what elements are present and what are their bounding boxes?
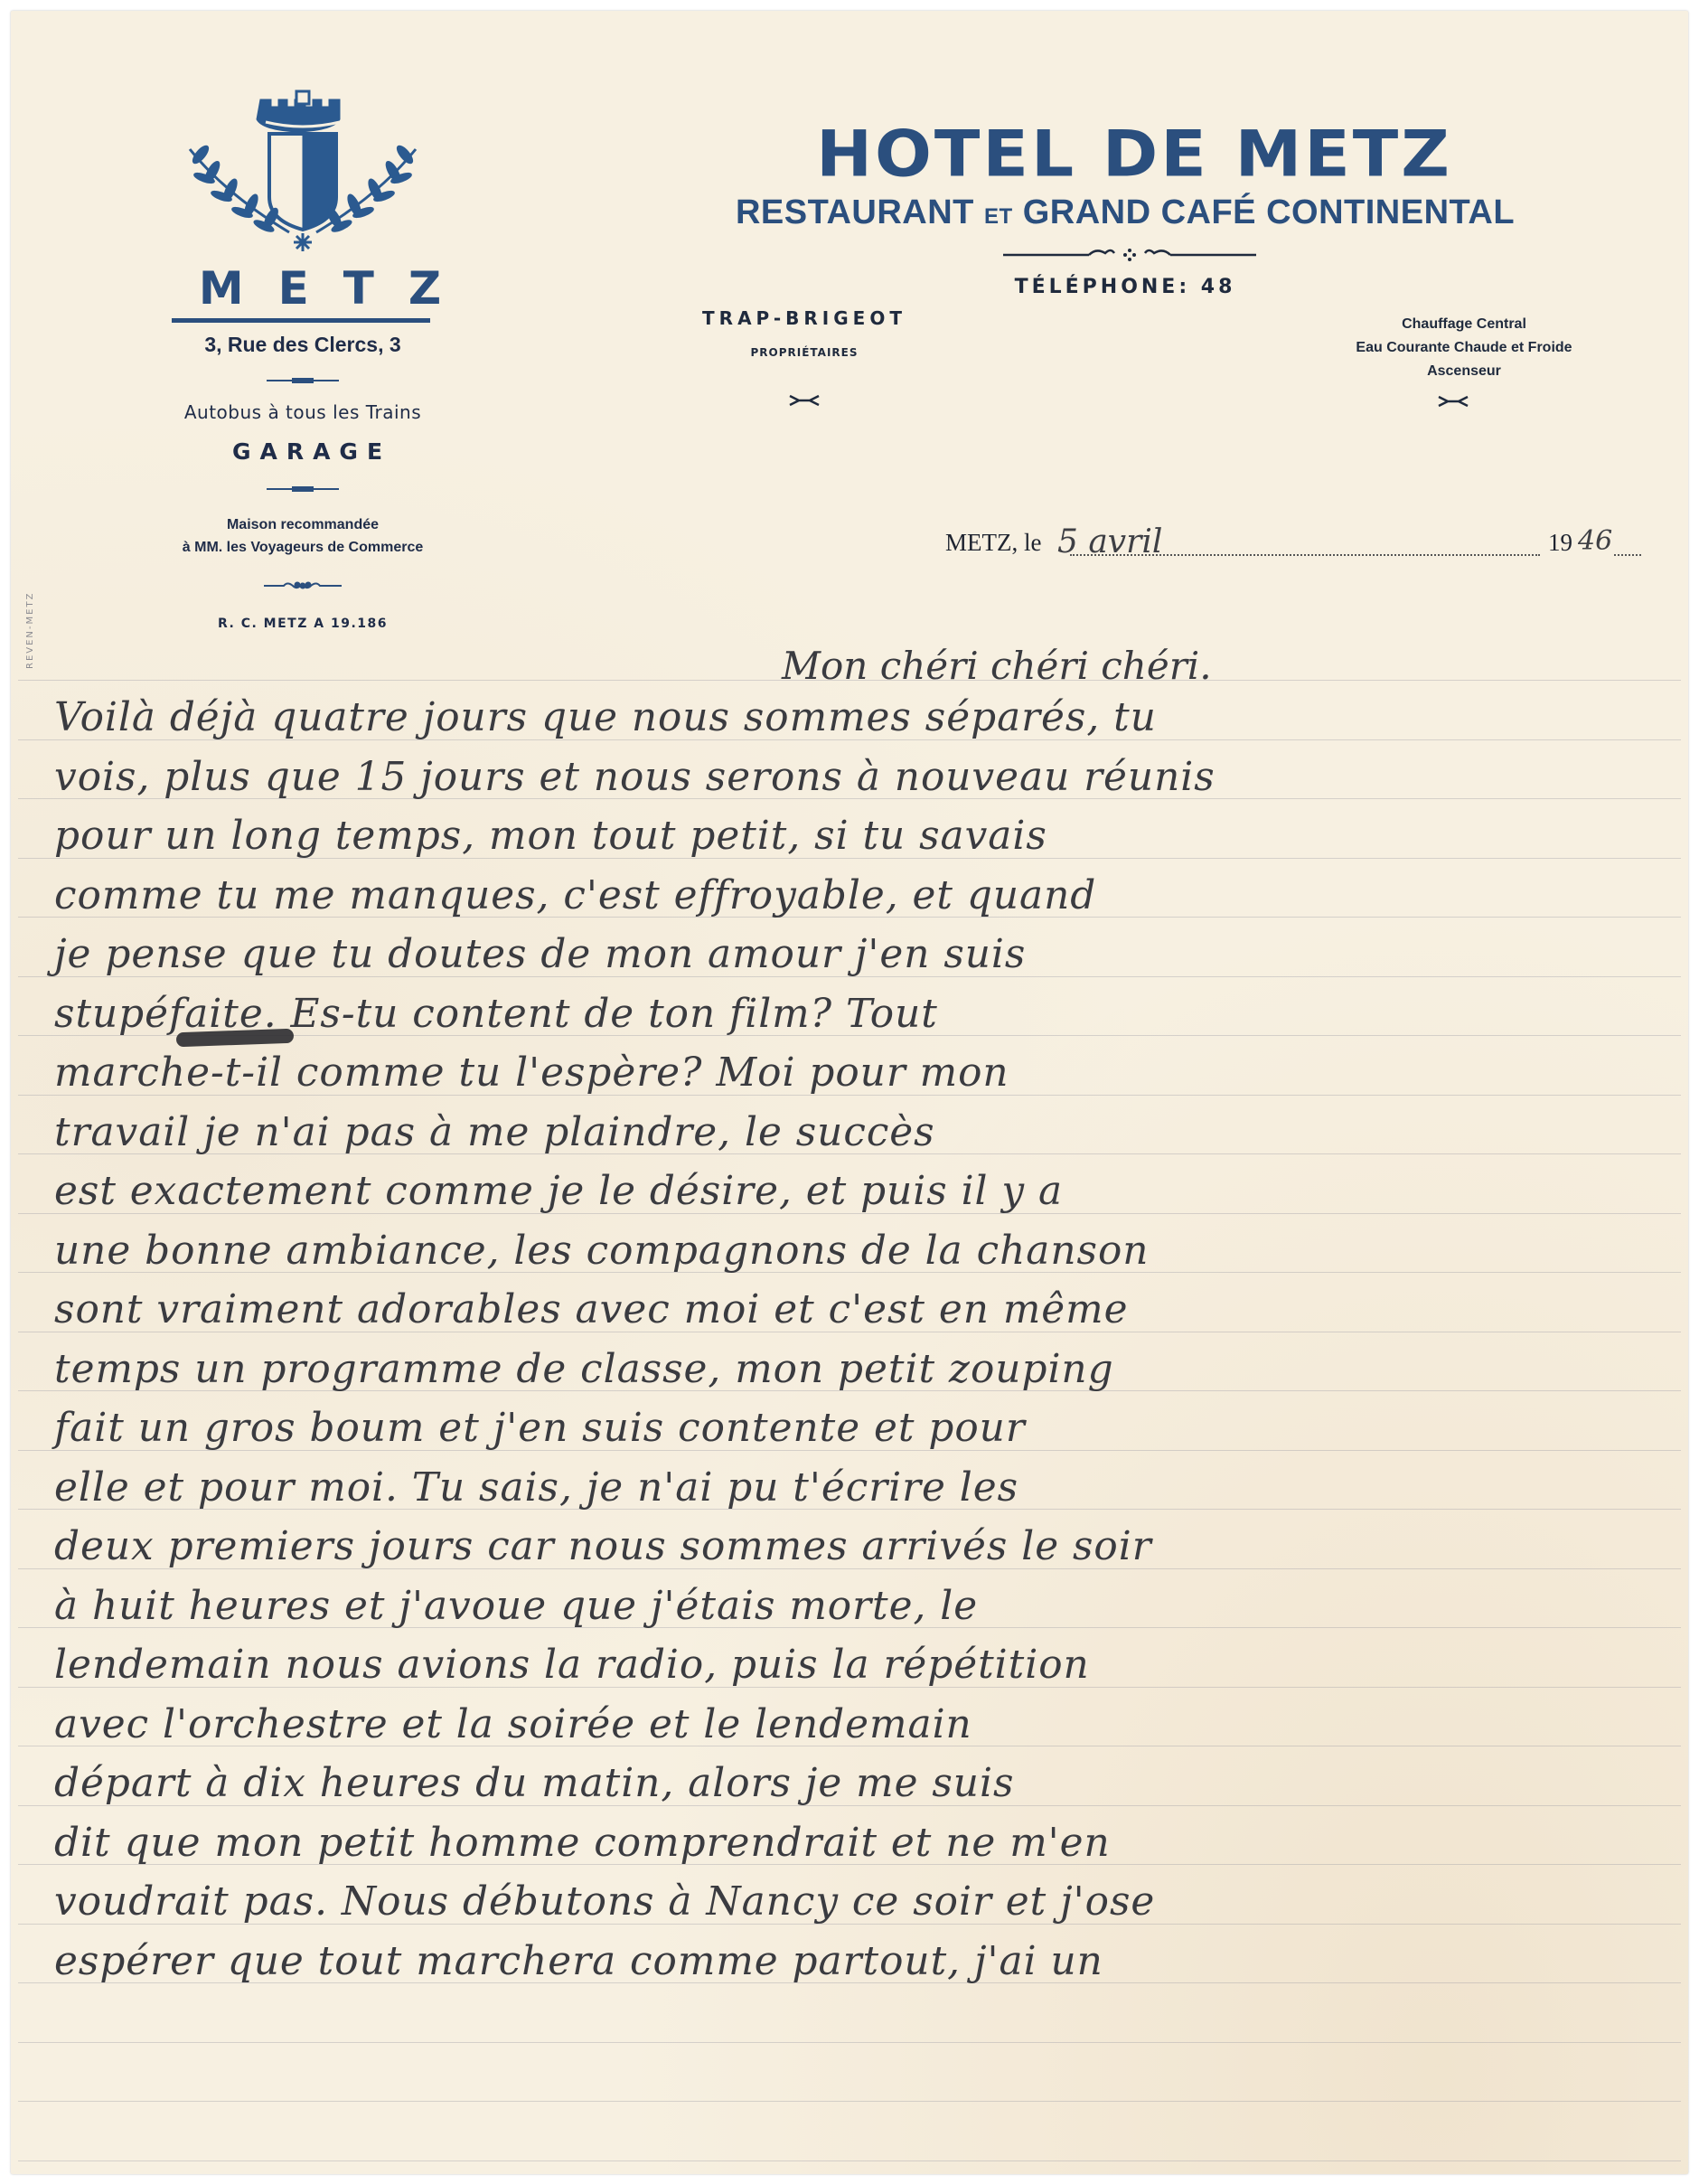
hotel-name: HOTEL DE METZ bbox=[750, 118, 1518, 192]
recommendation-line-1: Maison recommandée bbox=[108, 517, 497, 533]
letter-line: temps un programme de classe, mon petit … bbox=[54, 1350, 1653, 1389]
garage-label: GARAGE bbox=[108, 438, 506, 465]
letter-line: stupéfaite. Es-tu content de ton film? T… bbox=[54, 994, 1653, 1034]
ruled-line bbox=[18, 2042, 1681, 2043]
letter-line: espérer que tout marchera comme partout,… bbox=[54, 1942, 1653, 1982]
letter-line: à huit heures et j'avoue que j'étais mor… bbox=[54, 1586, 1653, 1626]
registry-number: R. C. METZ A 19.186 bbox=[108, 617, 497, 631]
date-year: 46 bbox=[1578, 525, 1612, 557]
letter-line: départ à dix heures du matin, alors je m… bbox=[54, 1764, 1653, 1803]
amenity-elevator: Ascenseur bbox=[1292, 360, 1636, 383]
amenity-heating: Chauffage Central bbox=[1292, 313, 1636, 336]
header-divider-ornament-icon bbox=[1003, 244, 1256, 262]
date-day-month: 5 avril bbox=[1057, 523, 1162, 560]
subtitle-cafe: GRAND CAFÉ CONTINENTAL bbox=[1023, 193, 1515, 231]
hotel-subtitle: RESTAURANT ET GRAND CAFÉ CONTINENTAL bbox=[615, 193, 1636, 232]
subtitle-et: ET bbox=[984, 204, 1013, 229]
subtitle-restaurant: RESTAURANT bbox=[736, 193, 974, 231]
scroll-ornament-icon bbox=[264, 579, 342, 593]
letter-line: voudrait pas. Nous débutons à Nancy ce s… bbox=[54, 1882, 1653, 1922]
letter-line: dit que mon petit homme comprendrait et … bbox=[54, 1823, 1653, 1863]
small-ornament-icon bbox=[1437, 395, 1469, 408]
date-dotted-line-end bbox=[1614, 554, 1641, 556]
letter-line: lendemain nous avions la radio, puis la … bbox=[54, 1645, 1653, 1685]
address: 3, Rue des Clercs, 3 bbox=[108, 333, 497, 357]
date-prefix: METZ, le bbox=[945, 529, 1041, 557]
letter-line: travail je n'ai pas à me plaindre, le su… bbox=[54, 1113, 1653, 1153]
letter-line: Voilà déjà quatre jours que nous sommes … bbox=[54, 698, 1653, 738]
city-heading: METZ bbox=[108, 262, 531, 315]
proprietors-name: TRAP-BRIGEOT bbox=[651, 307, 958, 329]
recommendation-line-2: à MM. les Voyageurs de Commerce bbox=[108, 540, 497, 556]
letter-line: comme tu me manques, c'est effroyable, e… bbox=[54, 876, 1653, 916]
small-ornament-icon bbox=[788, 394, 821, 407]
date-century: 19 bbox=[1548, 529, 1572, 557]
letter-line: une bonne ambiance, les compagnons de la… bbox=[54, 1231, 1653, 1271]
letter-line: elle et pour moi. Tu sais, je n'ai pu t'… bbox=[54, 1468, 1653, 1508]
coat-of-arms-icon bbox=[181, 86, 425, 253]
printer-mark: REVEN-METZ bbox=[25, 592, 35, 669]
autobus-line: Autobus à tous les Trains bbox=[108, 401, 497, 423]
amenity-water: Eau Courante Chaude et Froide bbox=[1292, 336, 1636, 360]
letter-line: est exactement comme je le désire, et pu… bbox=[54, 1172, 1653, 1211]
letter-line: je pense que tu doutes de mon amour j'en… bbox=[54, 935, 1653, 974]
letter-greeting: Mon chéri chéri chéri. bbox=[782, 644, 1212, 688]
divider-ornament-icon bbox=[267, 484, 339, 494]
ruled-line bbox=[18, 2160, 1681, 2161]
letter-line: vois, plus que 15 jours et nous serons à… bbox=[54, 758, 1653, 797]
letter-line: avec l'orchestre et la soirée et le lend… bbox=[54, 1705, 1653, 1745]
letter-line: pour un long temps, mon tout petit, si t… bbox=[54, 816, 1653, 856]
letter-line: sont vraiment adorables avec moi et c'es… bbox=[54, 1290, 1653, 1330]
divider-ornament-icon bbox=[267, 375, 339, 386]
proprietors-label: PROPRIÉTAIRES bbox=[714, 346, 895, 359]
letter-line: fait un gros boum et j'en suis contente … bbox=[54, 1408, 1653, 1448]
amenities-list: Chauffage Central Eau Courante Chaude et… bbox=[1292, 313, 1636, 383]
letter-line: marche-t-il comme tu l'espère? Moi pour … bbox=[54, 1053, 1653, 1093]
date-line: METZ, le 5 avril 19 46 bbox=[945, 529, 1641, 565]
ruled-line bbox=[18, 2101, 1681, 2102]
city-underline bbox=[172, 318, 430, 323]
letter-line: deux premiers jours car nous sommes arri… bbox=[54, 1527, 1653, 1567]
telephone-number: TÉLÉPHONE: 48 bbox=[976, 276, 1274, 298]
